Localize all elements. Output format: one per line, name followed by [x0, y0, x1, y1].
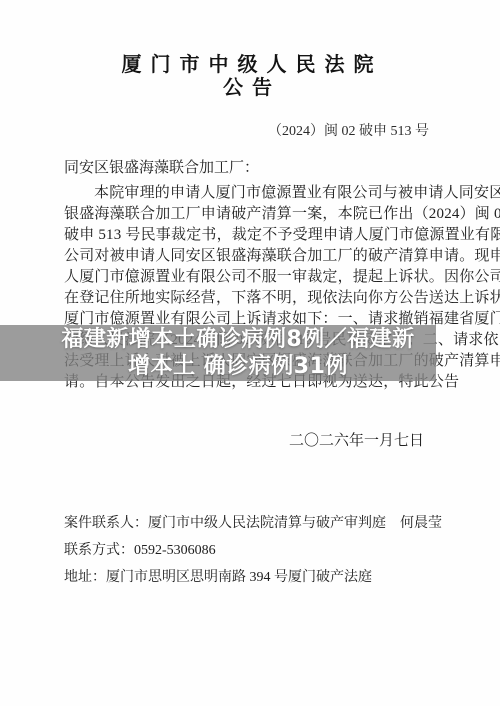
body-line: 人厦门市億源置业有限公司不服一审裁定，提起上诉状。因你公司未 [64, 267, 433, 288]
court-name-title: 厦 门 市 中 级 人 民 法 院 [64, 54, 433, 77]
contact-line: 地址：厦门市思明区思明南路 394 号厦门破产法庭 [64, 568, 433, 587]
body-line: 本院审理的申请人厦门市億源置业有限公司与被申请人同安区 [64, 183, 433, 204]
contact-line: 案件联系人：厦门市中级人民法院清算与破产审判庭 何晨莹 [64, 514, 433, 533]
contact-line: 联系方式：0592-5306086 [64, 541, 433, 560]
announcement-date: 二〇二六年一月七日 [64, 431, 433, 452]
case-number: （2024）闽 02 破申 513 号 [64, 122, 433, 142]
contact-block: 案件联系人：厦门市中级人民法院清算与破产审判庭 何晨莹联系方式：0592-530… [64, 514, 433, 587]
body-line: 银盛海藻联合加工厂申请破产清算一案，本院已作出（2024）闽 02 [64, 204, 433, 225]
scanned-court-announcement-page: 厦 门 市 中 级 人 民 法 院 公 告 （2024）闽 02 破申 513 … [0, 0, 500, 706]
headline-line-1: 福建新增本土确诊病例8例／福建新 [61, 326, 414, 353]
court-announcement-document: 厦 门 市 中 级 人 民 法 院 公 告 （2024）闽 02 破申 513 … [0, 0, 500, 587]
body-line: 在登记住所地实际经营，下落不明，现依法向你方公告送达上诉状。 [64, 288, 433, 309]
headline-overlay-banner: 福建新增本土确诊病例8例／福建新 增本土 确诊病例31例 [0, 325, 436, 381]
headline-line-2: 增本土 确诊病例31例 [128, 353, 348, 380]
announcement-title: 公 告 [64, 77, 433, 100]
body-line: 公司对被申请人同安区银盛海藻联合加工厂的破产清算申请。现申请 [64, 246, 433, 267]
addressee-line: 同安区银盛海藻联合加工厂： [64, 158, 433, 179]
body-line: 破申 513 号民事裁定书，裁定不予受理申请人厦门市億源置业有限 [64, 225, 433, 246]
